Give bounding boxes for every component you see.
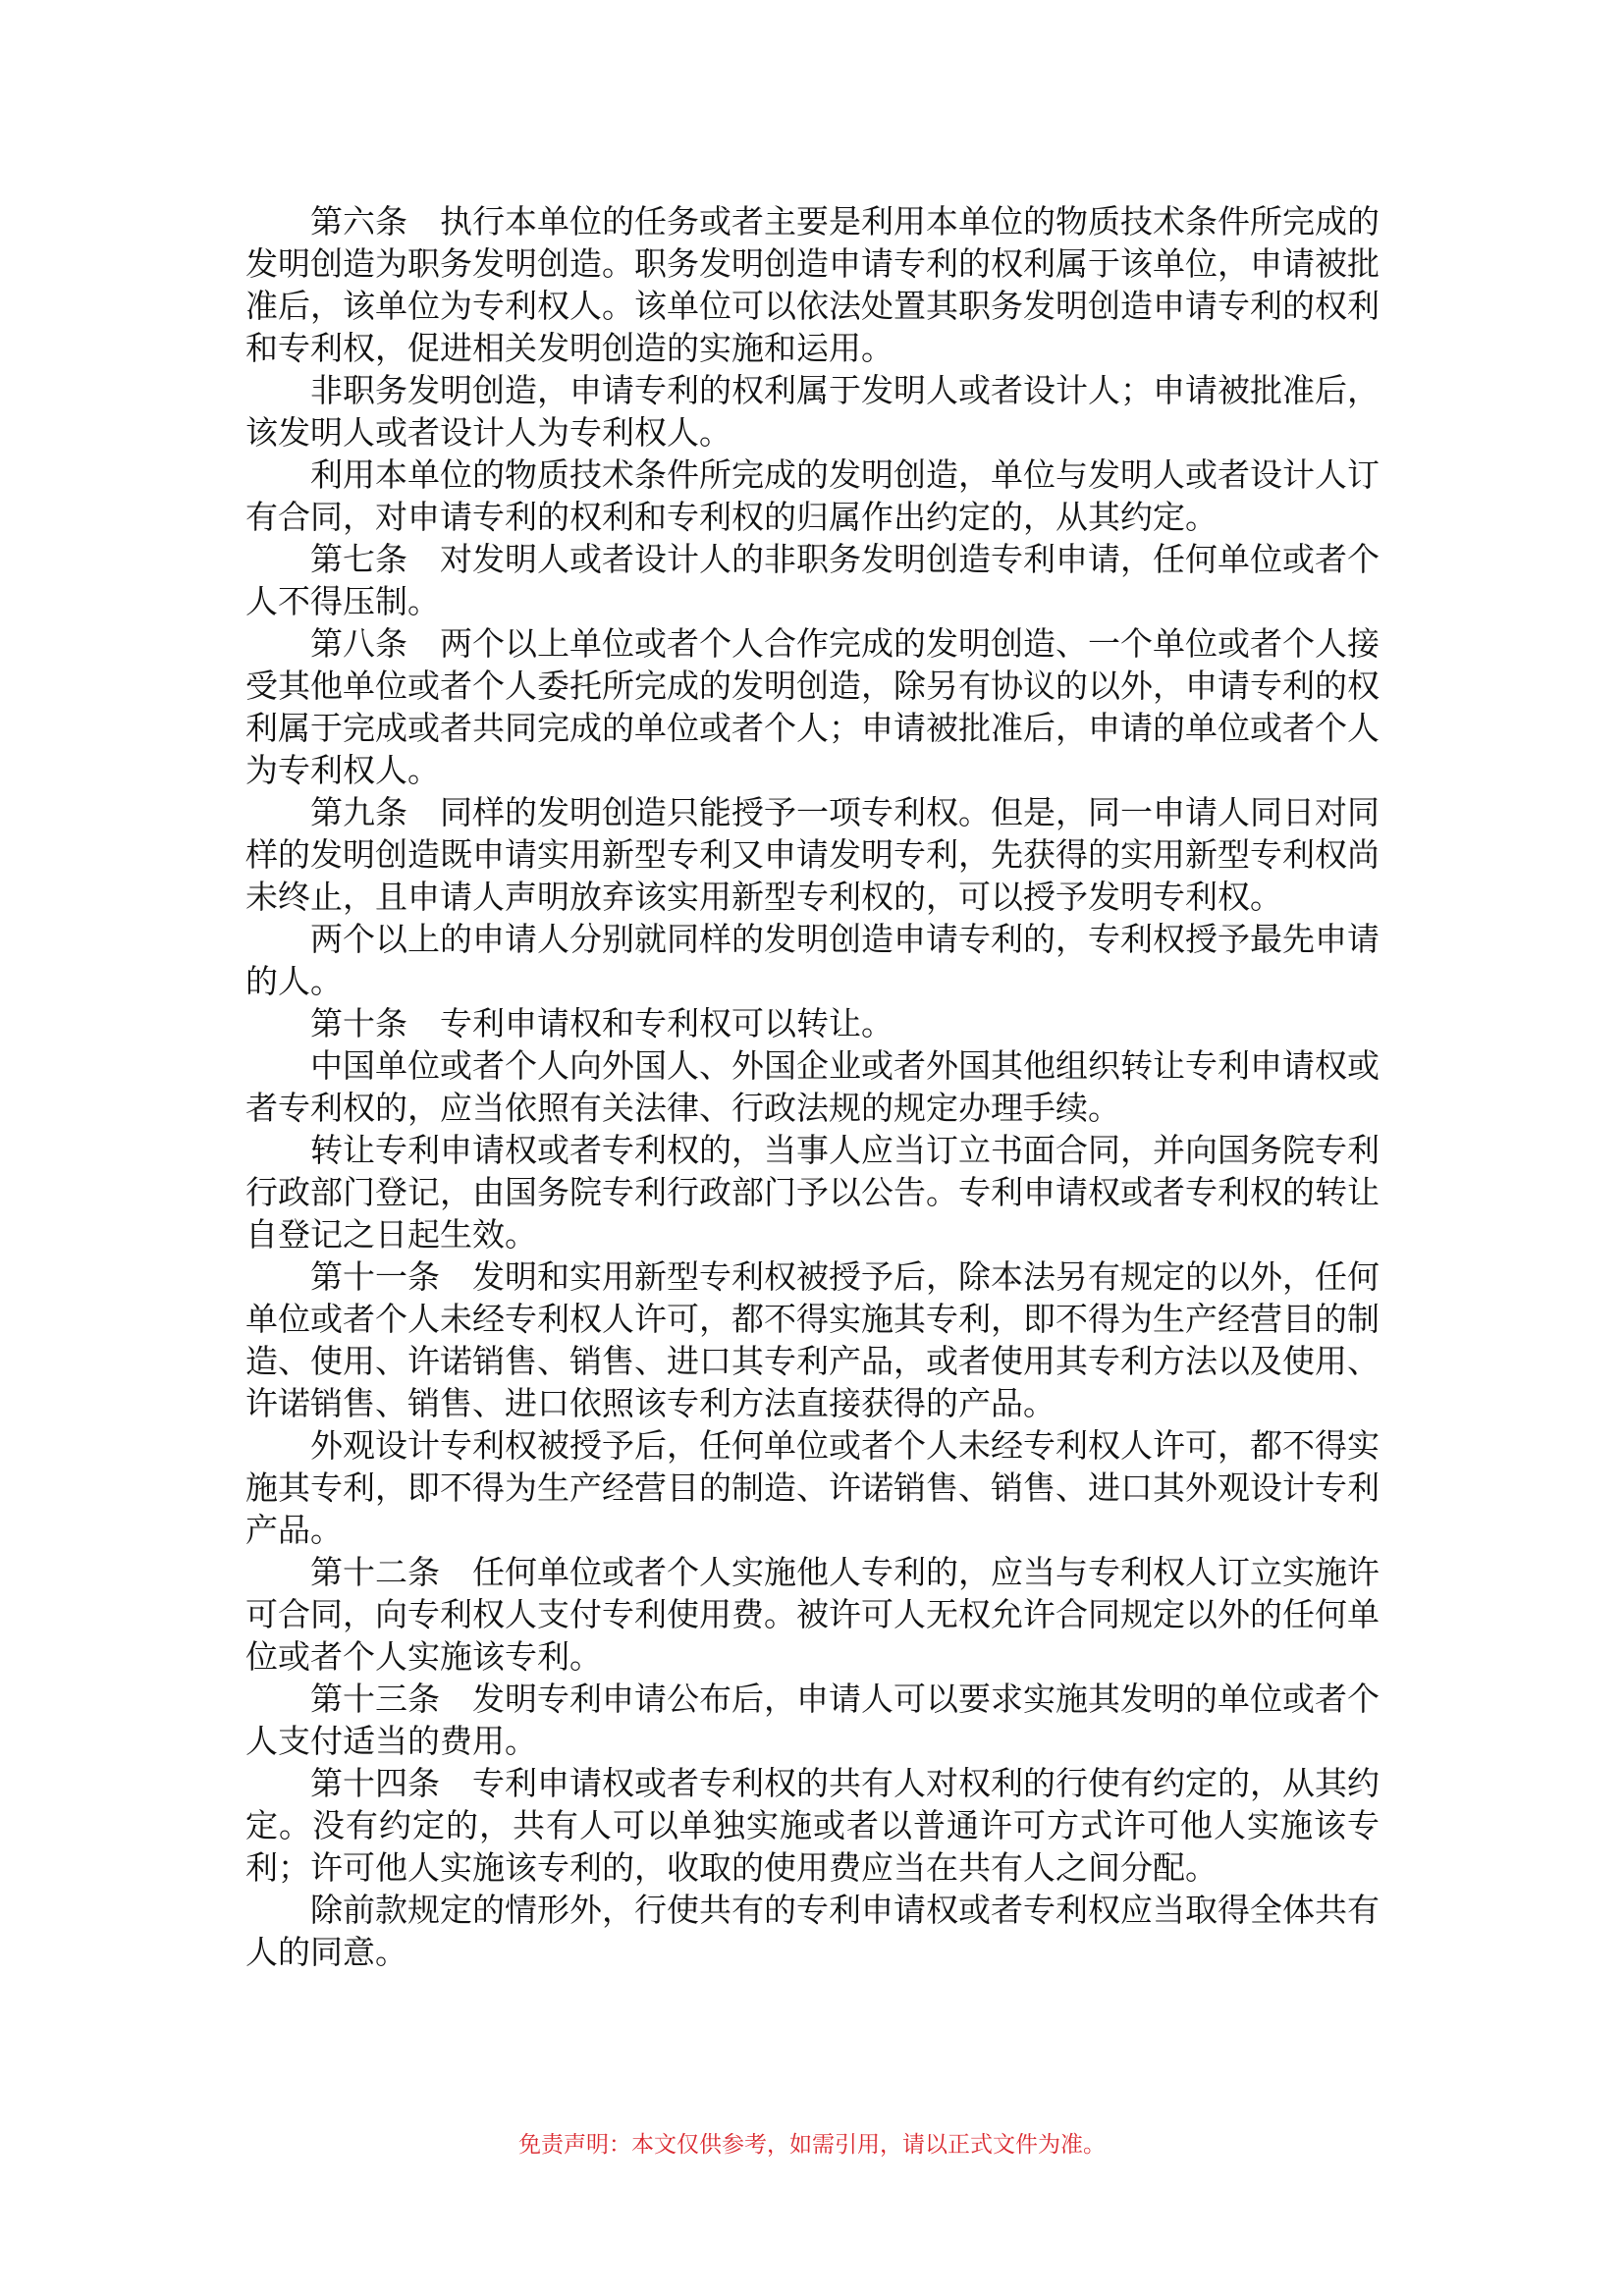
paragraph-article-13: 第十三条 发明专利申请公布后，申请人可以要求实施其发明的单位或者个人支付适当的费… (245, 1678, 1380, 1762)
paragraph-article-11: 第十一条 发明和实用新型专利权被授予后，除本法另有规定的以外，任何单位或者个人未… (245, 1255, 1380, 1424)
paragraph-article-6-clause-3: 利用本单位的物质技术条件所完成的发明创造，单位与发明人或者设计人订有合同，对申请… (245, 454, 1380, 538)
paragraph-article-9: 第九条 同样的发明创造只能授予一项专利权。但是，同一申请人同日对同样的发明创造既… (245, 791, 1380, 918)
paragraph-article-14-clause-2: 除前款规定的情形外，行使共有的专利申请权或者专利权应当取得全体共有人的同意。 (245, 1889, 1380, 1973)
paragraph-article-6: 第六条 执行本单位的任务或者主要是利用本单位的物质技术条件所完成的发明创造为职务… (245, 200, 1380, 369)
paragraph-article-7: 第七条 对发明人或者设计人的非职务发明创造专利申请，任何单位或者个人不得压制。 (245, 538, 1380, 622)
paragraph-article-6-clause-2: 非职务发明创造，申请专利的权利属于发明人或者设计人；申请被批准后，该发明人或者设… (245, 369, 1380, 454)
paragraph-article-8: 第八条 两个以上单位或者个人合作完成的发明创造、一个单位或者个人接受其他单位或者… (245, 622, 1380, 791)
document-page: 第六条 执行本单位的任务或者主要是利用本单位的物质技术条件所完成的发明创造为职务… (0, 0, 1624, 2296)
paragraph-article-10: 第十条 专利申请权和专利权可以转让。 (245, 1002, 1380, 1044)
paragraph-article-10-clause-2: 中国单位或者个人向外国人、外国企业或者外国其他组织转让专利申请权或者专利权的，应… (245, 1044, 1380, 1129)
paragraph-article-10-clause-3: 转让专利申请权或者专利权的，当事人应当订立书面合同，并向国务院专利行政部门登记，… (245, 1129, 1380, 1255)
paragraph-article-11-clause-2: 外观设计专利权被授予后，任何单位或者个人未经专利权人许可，都不得实施其专利，即不… (245, 1424, 1380, 1551)
body-text: 第六条 执行本单位的任务或者主要是利用本单位的物质技术条件所完成的发明创造为职务… (245, 200, 1380, 1973)
paragraph-article-14: 第十四条 专利申请权或者专利权的共有人对权利的行使有约定的，从其约定。没有约定的… (245, 1762, 1380, 1889)
paragraph-article-9-clause-2: 两个以上的申请人分别就同样的发明创造申请专利的，专利权授予最先申请的人。 (245, 918, 1380, 1002)
disclaimer-text: 免责声明：本文仅供参考，如需引用，请以正式文件为准。 (0, 2130, 1624, 2160)
paragraph-article-12: 第十二条 任何单位或者个人实施他人专利的，应当与专利权人订立实施许可合同，向专利… (245, 1551, 1380, 1678)
